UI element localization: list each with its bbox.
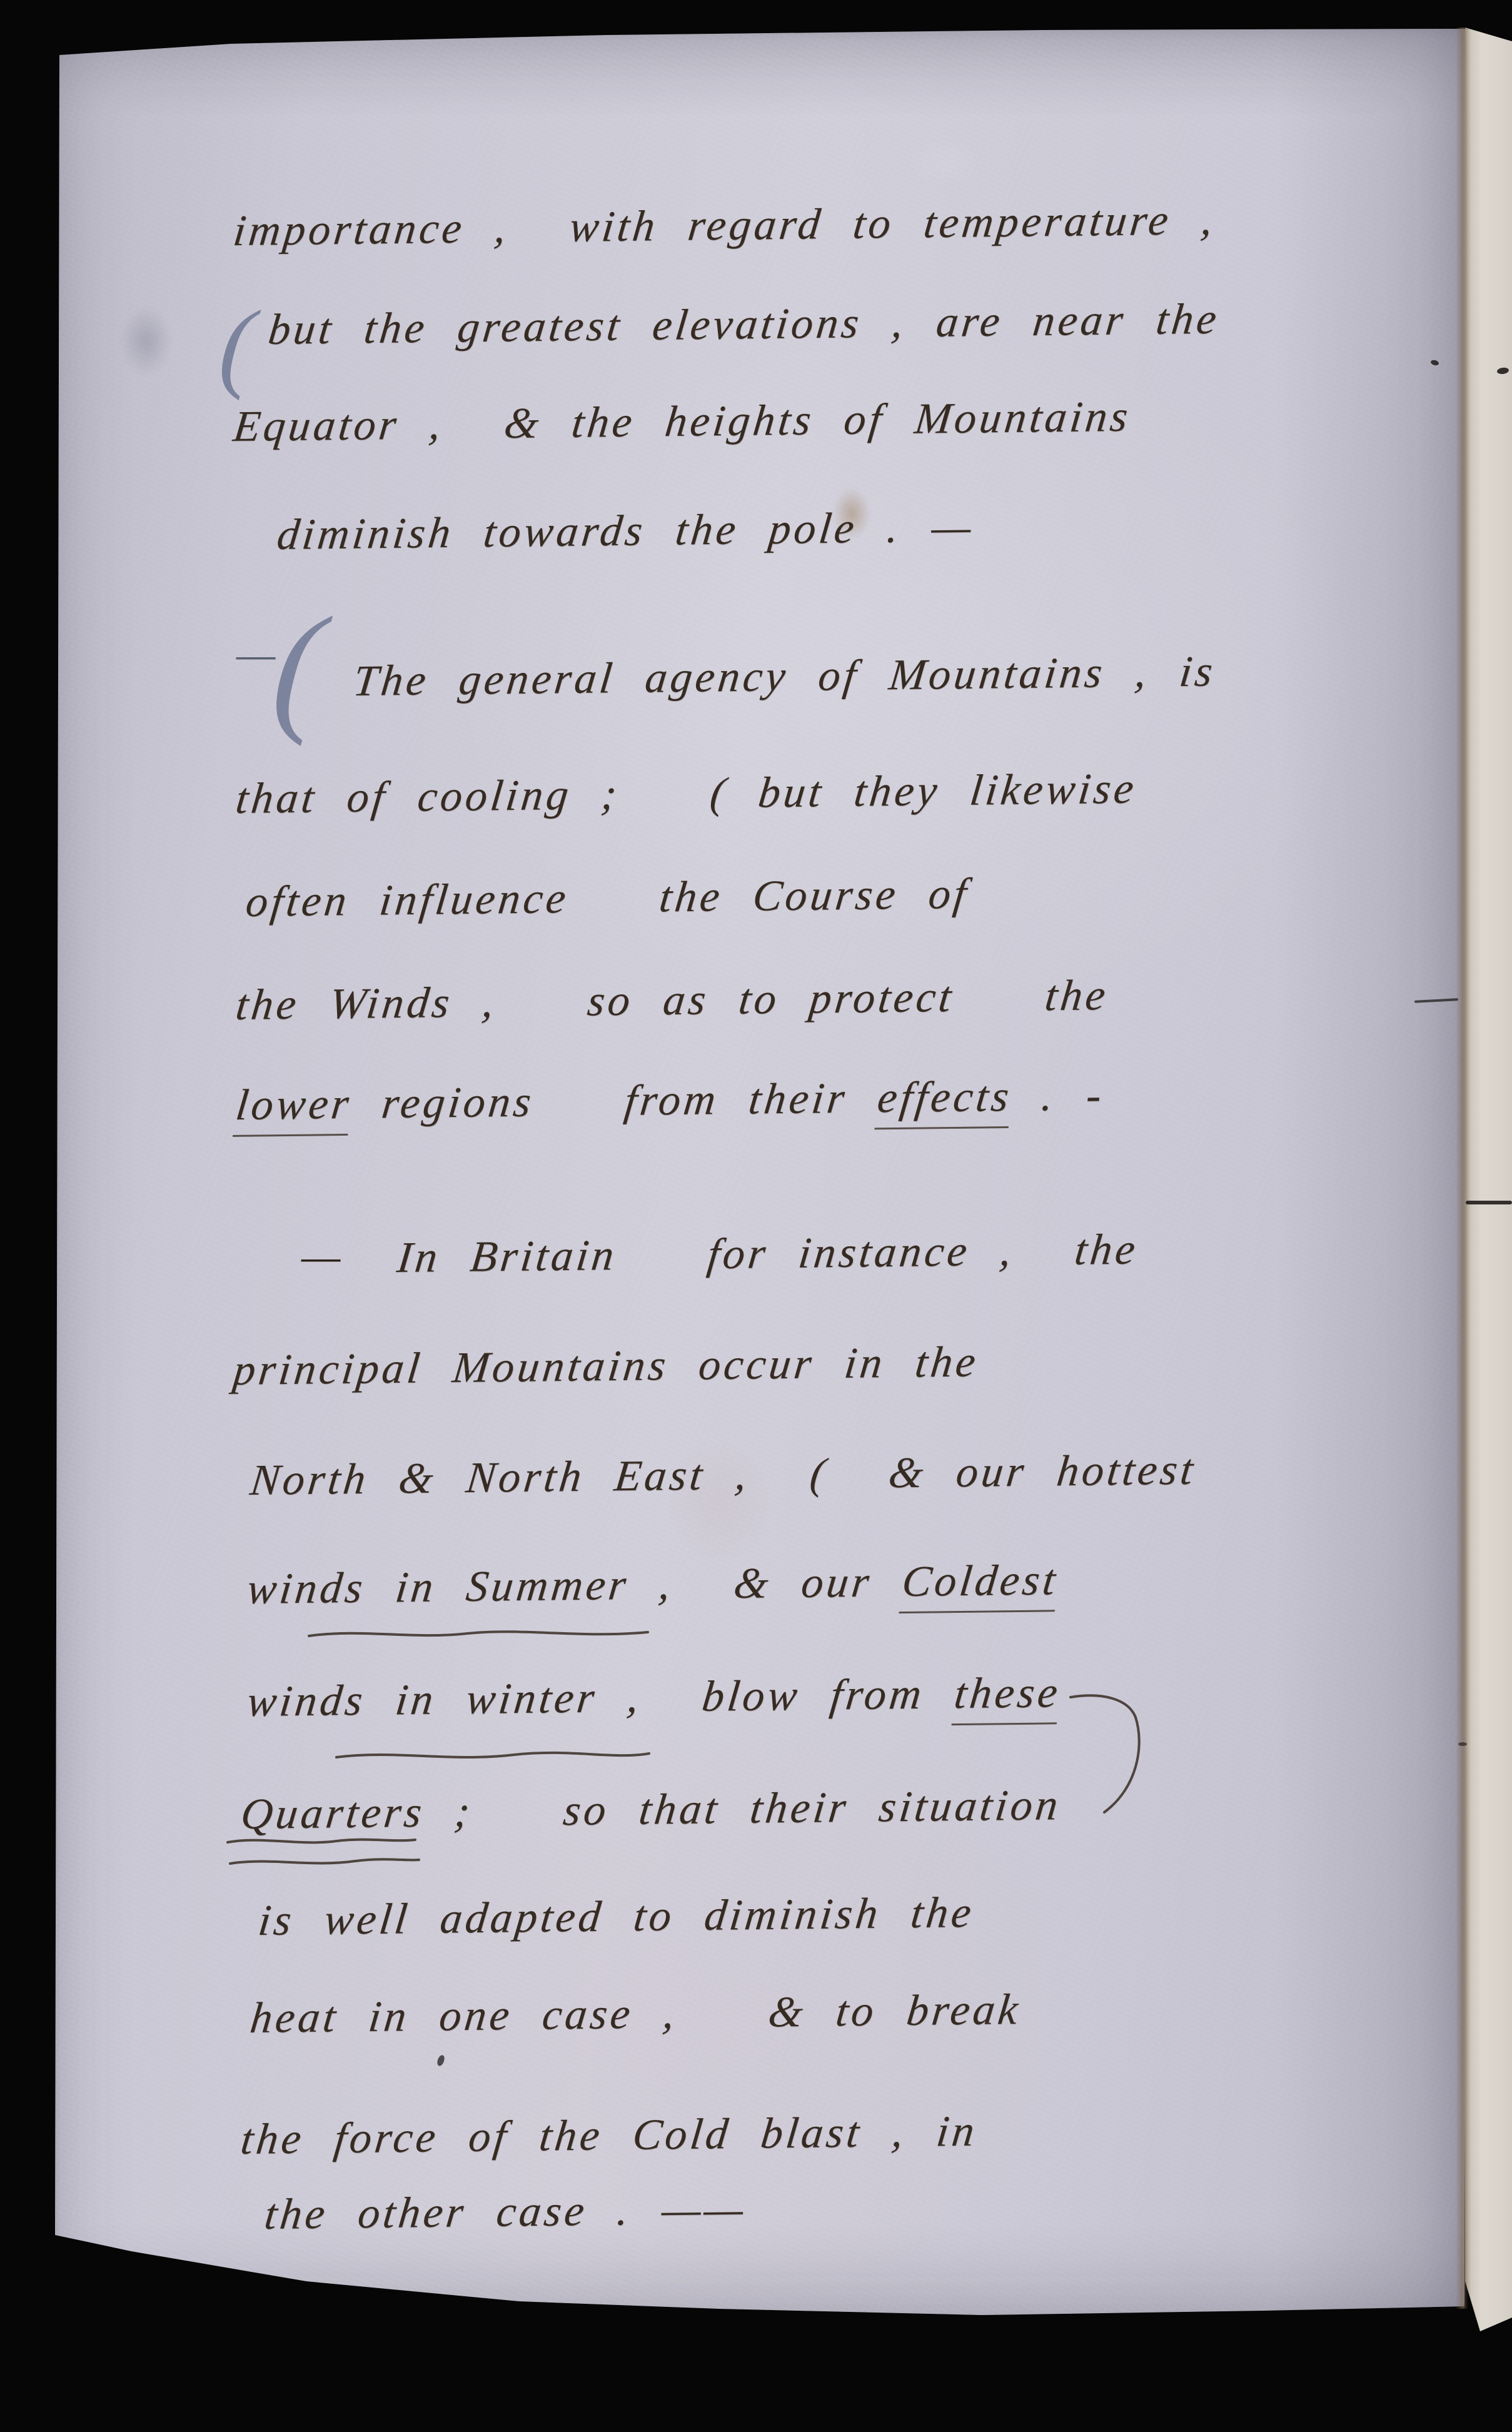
text-segment: the force of the Cold blast , in bbox=[238, 2107, 980, 2164]
manuscript-line-5: The general agency of Mountains , is bbox=[350, 640, 1219, 713]
manuscript-line-6: that of cooling ; ( but they likewise bbox=[233, 758, 1140, 830]
text-segment: principal Mountains occur in the bbox=[231, 1338, 981, 1395]
manuscript-line-1: importance , with regard to temperature … bbox=[230, 189, 1219, 263]
scanned-manuscript-page: ( ( — — importance , with regard to temp… bbox=[0, 0, 1512, 2432]
manuscript-line-12: North & North East , ( & our hottest bbox=[247, 1439, 1199, 1512]
text-segment: importance , with regard to temperature … bbox=[231, 196, 1218, 255]
paper-speck bbox=[1458, 1742, 1467, 1746]
margin-dash-mark: — bbox=[301, 1235, 340, 1279]
underline-flourish-winds-winter bbox=[333, 1745, 655, 1766]
page-fold-crease bbox=[1456, 28, 1468, 2309]
text-segment-underlined: effects bbox=[874, 1072, 1014, 1129]
text-segment: diminish towards the pole . — bbox=[275, 503, 976, 559]
manuscript-line-3: Equator , & the heights of Mountains bbox=[230, 386, 1134, 458]
text-segment: is well adapted to diminish the bbox=[256, 1889, 977, 1945]
flourish-curl-these bbox=[1063, 1687, 1163, 1822]
text-segment: that of cooling ; ( but they likewise bbox=[233, 765, 1139, 823]
manuscript-line-10: In Britain for instance , the bbox=[394, 1219, 1141, 1289]
text-segment: winds in Summer , & our bbox=[244, 1558, 905, 1613]
text-segment: ; so that their situation bbox=[422, 1781, 1064, 1837]
text-segment: but the greatest elevations , are near t… bbox=[266, 295, 1222, 354]
text-segment: . - bbox=[1009, 1071, 1107, 1121]
text-segment: the other case . —— bbox=[262, 2185, 748, 2239]
text-segment-underlined: Coldest bbox=[899, 1556, 1061, 1613]
manuscript-line-8: the Winds , so as to protect the bbox=[233, 964, 1112, 1037]
light-patch bbox=[888, 125, 1000, 200]
paper-scratch bbox=[1466, 1201, 1512, 1204]
manuscript-line-11: principal Mountains occur in the bbox=[230, 1331, 982, 1402]
manuscript-line-16: is well adapted to diminish the bbox=[255, 1882, 977, 1952]
manuscript-line-7: often influence the Course of bbox=[243, 863, 972, 934]
text-segment-underlined: these bbox=[951, 1668, 1063, 1725]
margin-dash-mark: — bbox=[236, 633, 275, 677]
text-segment: winds in winter , blow from bbox=[244, 1670, 957, 1726]
manuscript-line-4: diminish towards the pole . — bbox=[274, 496, 977, 567]
manuscript-line-17: heat in one case , & to break bbox=[247, 1979, 1024, 2050]
text-segment: often influence the Course of bbox=[243, 870, 972, 926]
text-segment-underlined: lower bbox=[233, 1080, 355, 1137]
text-segment: North & North East , ( & our hottest bbox=[248, 1446, 1198, 1505]
text-segment: In Britain for instance , the bbox=[395, 1226, 1141, 1282]
manuscript-line-19: the other case . —— bbox=[261, 2178, 750, 2246]
double-underline-quarters bbox=[224, 1834, 424, 1872]
manuscript-line-13: winds in Summer , & our Coldest bbox=[244, 1549, 1062, 1621]
text-segment: the Winds , so as to protect the bbox=[233, 971, 1111, 1029]
underline-flourish-winds-summer bbox=[305, 1625, 655, 1643]
manuscript-line-14: winds in winter , blow from these bbox=[244, 1662, 1064, 1733]
grey-blot-stain bbox=[110, 293, 182, 390]
pencil-parenthesis-mark: ( bbox=[269, 595, 327, 739]
text-segment: Equator , & the heights of Mountains bbox=[231, 393, 1133, 451]
text-segment: regions from their bbox=[349, 1074, 880, 1128]
pencil-parenthesis-mark: ( bbox=[216, 295, 256, 395]
text-segment: The general agency of Mountains , is bbox=[351, 647, 1218, 705]
text-segment: Quarters bbox=[238, 1789, 427, 1839]
text-segment: heat in one case , & to break bbox=[248, 1985, 1023, 2042]
manuscript-line-18: the force of the Cold blast , in bbox=[238, 2101, 980, 2171]
manuscript-line-2: but the greatest elevations , are near t… bbox=[265, 288, 1222, 361]
manuscript-line-9: lower regions from their effects . - bbox=[233, 1064, 1107, 1137]
